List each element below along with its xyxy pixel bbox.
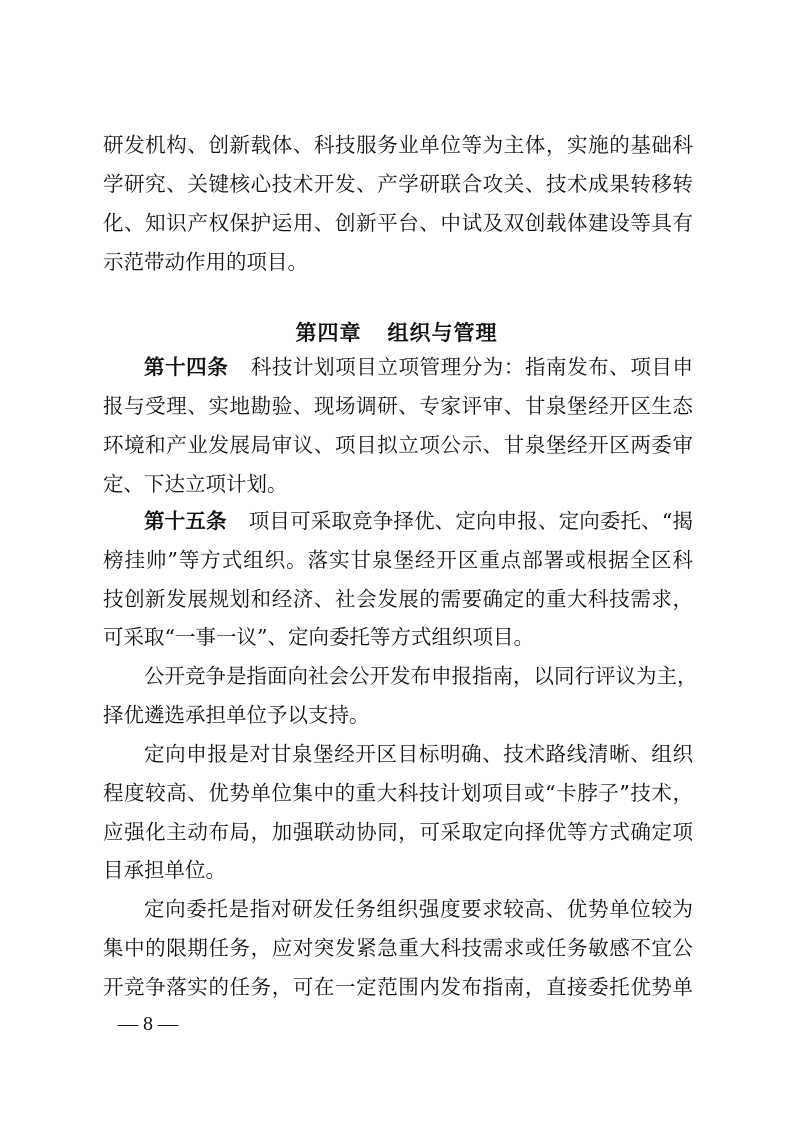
page-number: — 8 —: [118, 1013, 178, 1036]
paragraph-line: 程度较高、优势单位集中的重大科技计划项目或“卡脖子”技术，: [103, 780, 693, 806]
paragraph-line: 目承担单位。: [103, 857, 693, 883]
paragraph-line: 环境和产业发展局审议、项目拟立项公示、甘泉堡经开区两委审: [103, 432, 693, 458]
article-15-first-line: 第十五条项目可采取竞争择优、定向申报、定向委托、“揭: [144, 508, 693, 534]
paragraph-line: 技创新发展规划和经济、社会发展的需要确定的重大科技需求，: [103, 586, 693, 612]
paragraph-line: 公开竞争是指面向社会公开发布申报指南，以同行评议为主，: [144, 663, 693, 689]
paragraph-line: 集中的限期任务，应对突发紧急重大科技需求或任务敏感不宜公: [103, 935, 693, 961]
chapter-heading: 第四章组织与管理: [0, 317, 793, 347]
article-14-label: 第十四条: [144, 355, 228, 379]
chapter-number: 第四章: [296, 321, 362, 345]
chapter-title: 组织与管理: [388, 321, 498, 345]
paragraph-line: 示范带动作用的项目。: [103, 249, 693, 275]
paragraph-line: 学研究、关键核心技术开发、产学研联合攻关、技术成果转移转: [103, 171, 693, 197]
paragraph-line: 榜挂帅”等方式组织。落实甘泉堡经开区重点部署或根据全区科: [103, 547, 693, 573]
article-14-first-line: 第十四条科技计划项目立项管理分为：指南发布、项目申: [144, 354, 693, 380]
paragraph-line: 定、下达立项计划。: [103, 471, 693, 497]
paragraph-line: 应强化主动布局，加强联动协同，可采取定向择优等方式确定项: [103, 819, 693, 845]
paragraph-line: 开竞争落实的任务，可在一定范围内发布指南，直接委托优势单: [103, 974, 693, 1000]
paragraph-line: 可采取“一事一议”、定向委托等方式组织项目。: [103, 624, 693, 650]
paragraph-line: 定向委托是指对研发任务组织强度要求较高、优势单位较为: [144, 896, 693, 922]
paragraph-line: 报与受理、实地勘验、现场调研、专家评审、甘泉堡经开区生态: [103, 393, 693, 419]
paragraph-line: 择优遴选承担单位予以支持。: [103, 702, 693, 728]
article-15-label: 第十五条: [144, 509, 227, 533]
paragraph-line: 定向申报是对甘泉堡经开区目标明确、技术路线清晰、组织: [144, 741, 693, 767]
article-15-text: 项目可采取竞争择优、定向申报、定向委托、“揭: [249, 509, 693, 533]
article-14-text: 科技计划项目立项管理分为：指南发布、项目申: [250, 355, 693, 379]
paragraph-line: 研发机构、创新载体、科技服务业单位等为主体，实施的基础科: [103, 132, 693, 158]
paragraph-line: 化、知识产权保护运用、创新平台、中试及双创载体建设等具有: [103, 210, 693, 236]
